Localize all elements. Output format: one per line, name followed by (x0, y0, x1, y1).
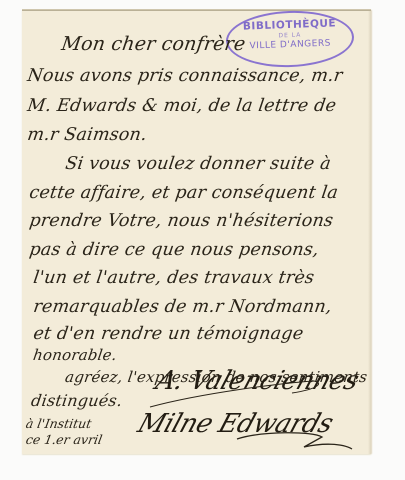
body-line-9: remarquables de m.r Nordmann, (32, 297, 333, 317)
signature-milne-edwards: Milne Edwards (134, 409, 337, 439)
body-line-11: honorable. (32, 346, 118, 364)
salutation: Mon cher confrère (60, 33, 247, 55)
body-line-1: Nous avons pris connaissance, m.r (26, 66, 344, 86)
letter-paper: BIBLIOTHÈQUE DE LA VILLE D'ANGERS Mon ch… (22, 10, 371, 454)
body-line-8: l'un et l'autre, des travaux très (32, 268, 316, 288)
body-line-7: pas à dire ce que nous pensons, (28, 240, 320, 260)
signature-valenciennes: A. Valenciennes (152, 366, 362, 396)
body-line-2: M. Edwards & moi, de la lettre de (26, 96, 338, 116)
body-line-3: m.r Saimson. (26, 125, 148, 145)
body-line-4: Si vous voulez donner suite à (64, 154, 332, 174)
body-line-5: cette affaire, et par conséquent la (28, 183, 339, 203)
body-line-10: et d'en rendre un témoignage (32, 324, 305, 344)
body-line-6: prendre Votre, nous n'hésiterions (28, 211, 335, 231)
place-line: à l'Institut (25, 416, 93, 431)
closing-line-2: distingués. (30, 391, 124, 410)
date-line: ce 1.er avril (25, 432, 104, 447)
